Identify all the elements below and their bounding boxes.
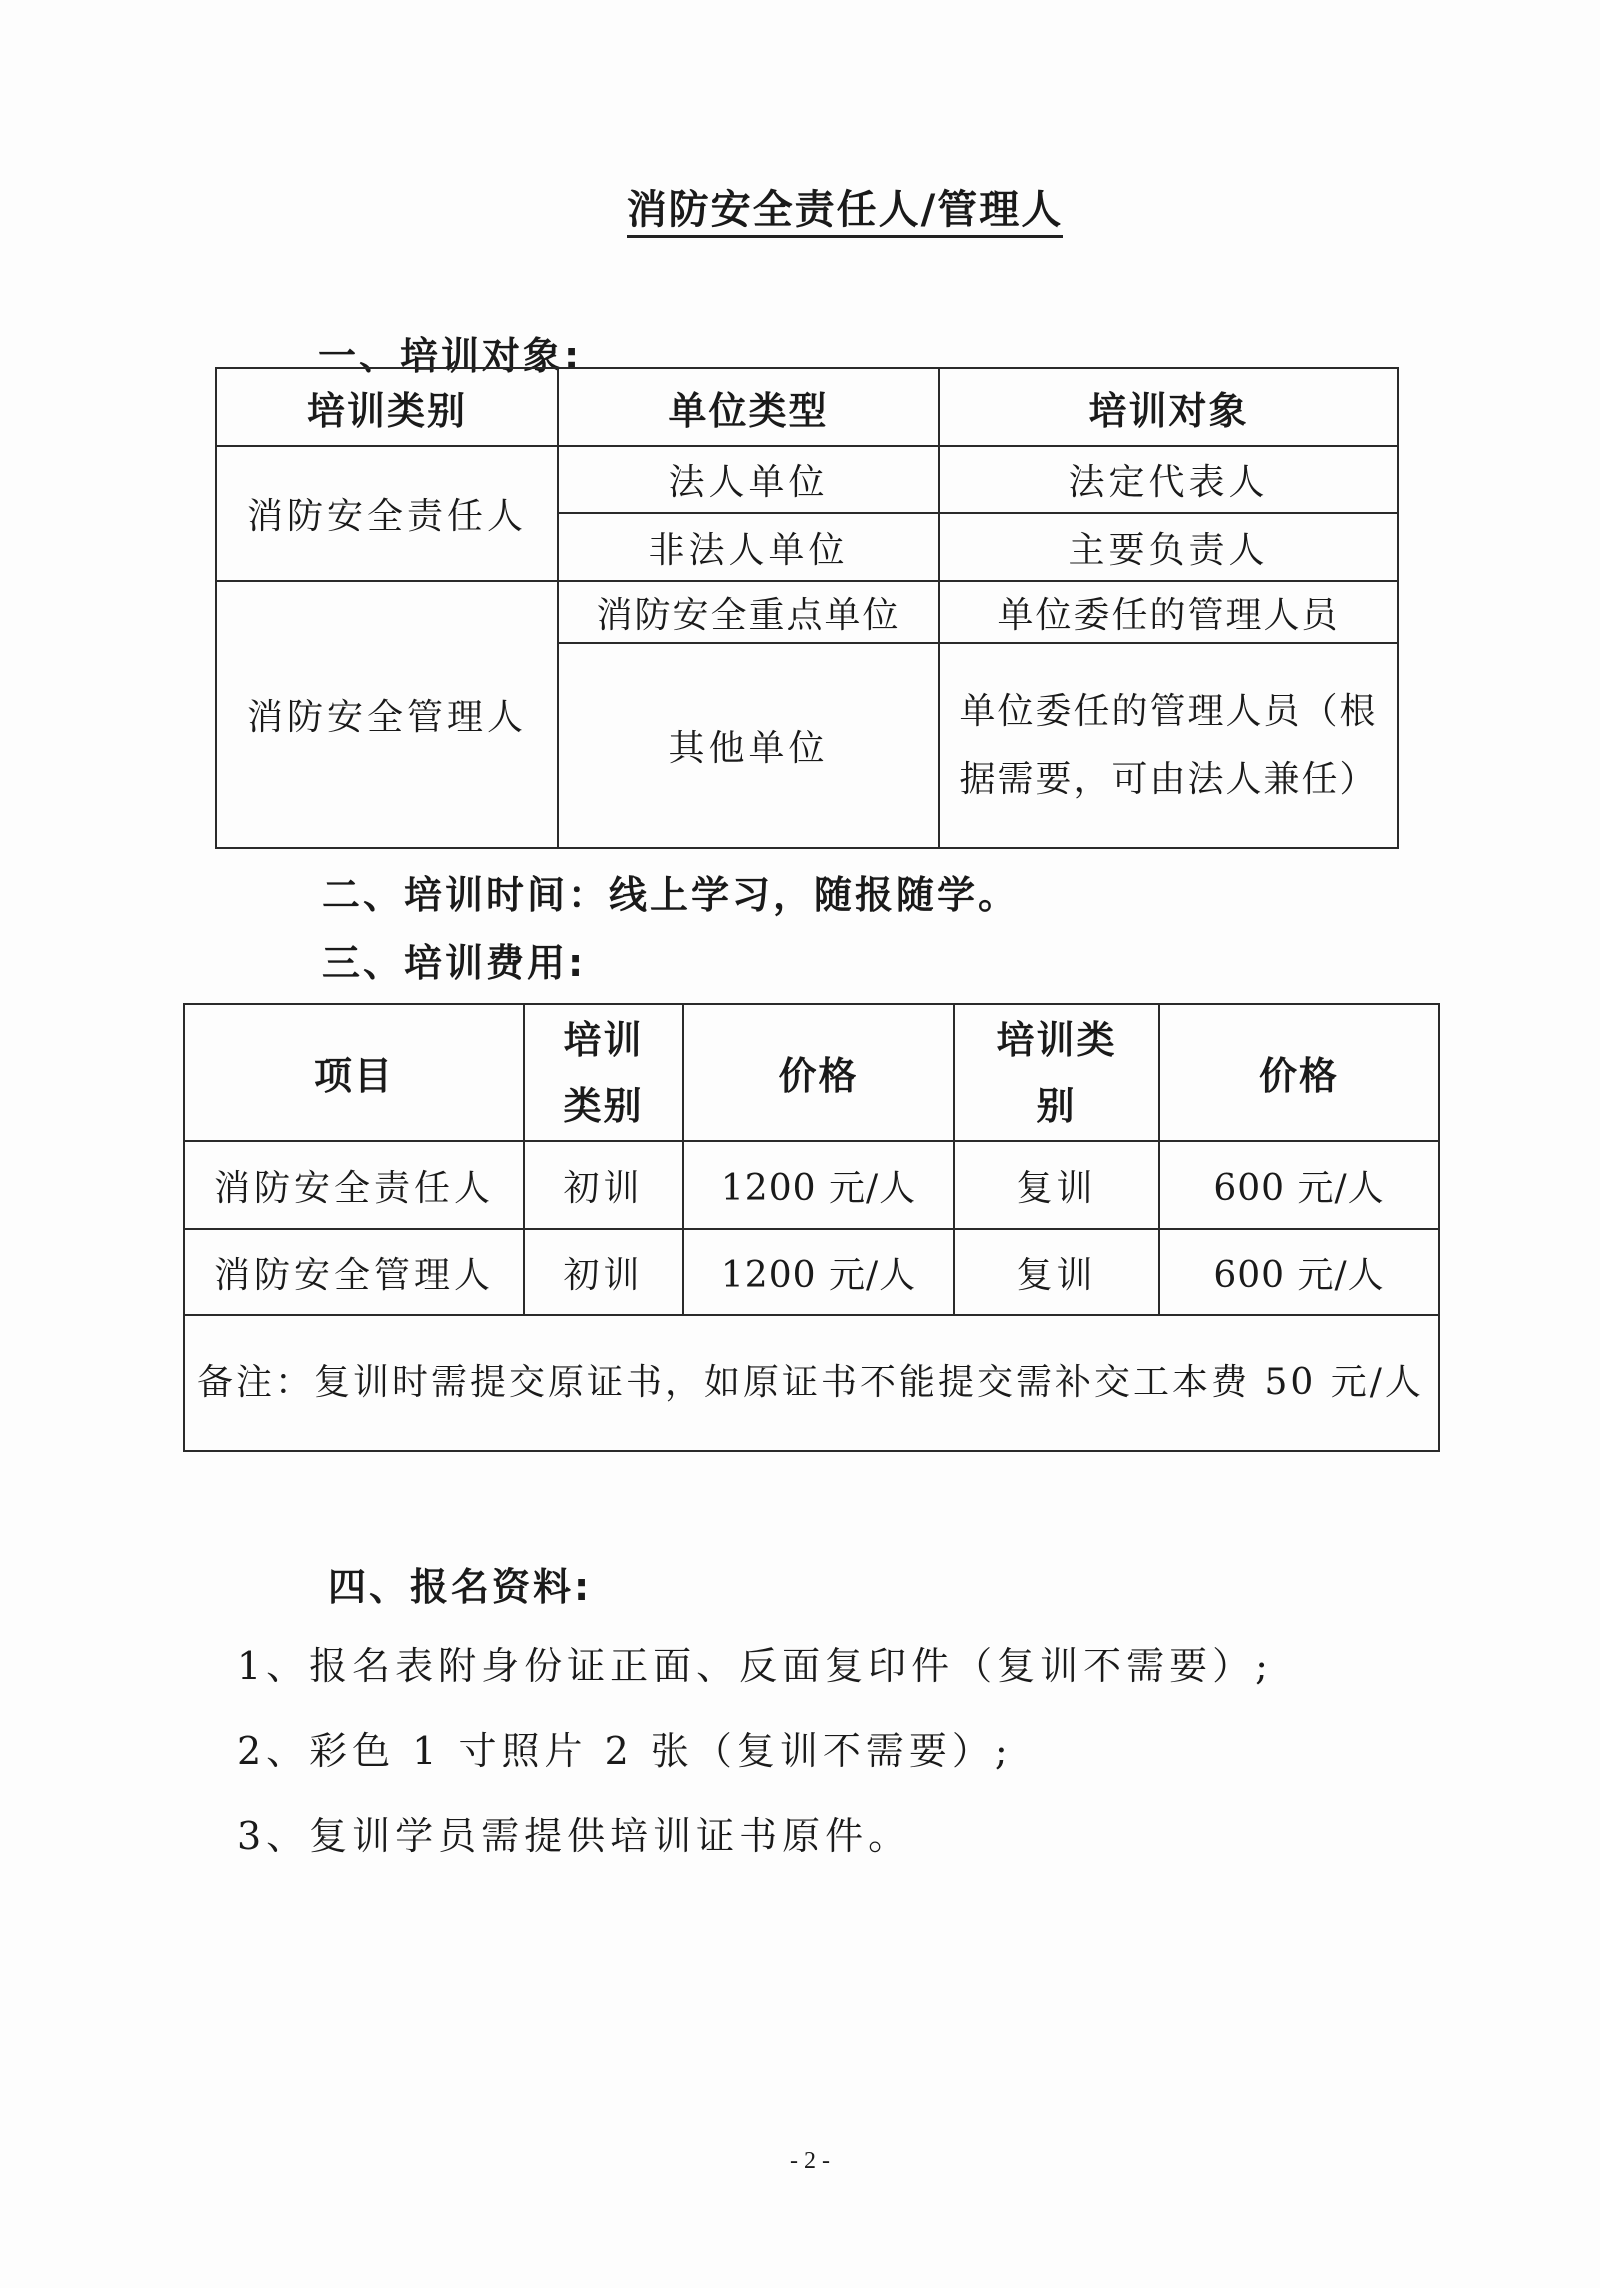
training-category-cell: 消防安全责任人	[216, 446, 558, 581]
table-note-row: 备注：复训时需提交原证书，如原证书不能提交需补交工本费 50 元/人	[184, 1315, 1439, 1451]
table-row: 消防安全责任人 法人单位 法定代表人	[216, 446, 1398, 513]
table-row: 消防安全管理人 消防安全重点单位 单位委任的管理人员	[216, 581, 1398, 643]
training-targets-table: 培训类别 单位类型 培训对象 消防安全责任人 法人单位 法定代表人 非法人单位 …	[215, 367, 1399, 849]
column-header-item: 项目	[184, 1004, 524, 1141]
category-cell: 复训	[954, 1229, 1159, 1315]
target-cell: 主要负责人	[939, 513, 1398, 581]
list-item: 3、复训学员需提供培训证书原件。	[237, 1805, 911, 1860]
training-fees-table: 项目 培训类别 价格 培训类别 价格 消防安全责任人 初训 1200 元/人 复…	[183, 1003, 1440, 1452]
unit-type-cell: 法人单位	[558, 446, 939, 513]
list-item: 1、报名表附身份证正面、反面复印件（复训不需要）;	[237, 1635, 1273, 1690]
section-heading-training-fees: 三、培训费用:	[322, 932, 586, 987]
price-cell: 600 元/人	[1159, 1141, 1439, 1229]
price-cell: 600 元/人	[1159, 1229, 1439, 1315]
column-header-category: 培训类别	[954, 1004, 1159, 1141]
item-cell: 消防安全管理人	[184, 1229, 524, 1315]
document-title-text: 消防安全责任人/管理人	[627, 187, 1064, 238]
price-cell: 1200 元/人	[683, 1141, 954, 1229]
unit-type-cell: 消防安全重点单位	[558, 581, 939, 643]
table-row: 消防安全管理人 初训 1200 元/人 复训 600 元/人	[184, 1229, 1439, 1315]
column-header: 培训类别	[216, 368, 558, 446]
unit-type-cell: 非法人单位	[558, 513, 939, 581]
column-header: 单位类型	[558, 368, 939, 446]
item-cell: 消防安全责任人	[184, 1141, 524, 1229]
page-number: - 2 -	[0, 2148, 1600, 2175]
table-row: 消防安全责任人 初训 1200 元/人 复训 600 元/人	[184, 1141, 1439, 1229]
target-cell: 单位委任的管理人员	[939, 581, 1398, 643]
section-heading-registration-materials: 四、报名资料:	[328, 1556, 592, 1611]
list-item: 2、彩色 1 寸照片 2 张（复训不需要）;	[237, 1720, 1013, 1775]
target-cell: 法定代表人	[939, 446, 1398, 513]
document-title: 消防安全责任人/管理人	[0, 178, 1600, 235]
column-header-price: 价格	[683, 1004, 954, 1141]
column-header-category: 培训类别	[524, 1004, 683, 1141]
unit-type-cell: 其他单位	[558, 643, 939, 848]
category-cell: 初训	[524, 1141, 683, 1229]
column-header: 培训对象	[939, 368, 1398, 446]
table-header-row: 项目 培训类别 价格 培训类别 价格	[184, 1004, 1439, 1141]
price-cell: 1200 元/人	[683, 1229, 954, 1315]
training-category-cell: 消防安全管理人	[216, 581, 558, 848]
fee-note: 备注：复训时需提交原证书，如原证书不能提交需补交工本费 50 元/人	[184, 1315, 1439, 1451]
category-cell: 初训	[524, 1229, 683, 1315]
table-header-row: 培训类别 单位类型 培训对象	[216, 368, 1398, 446]
section-heading-training-time: 二、培训时间：线上学习，随报随学。	[322, 864, 1019, 919]
target-cell: 单位委任的管理人员（根据需要，可由法人兼任）	[939, 643, 1398, 848]
column-header-price: 价格	[1159, 1004, 1439, 1141]
category-cell: 复训	[954, 1141, 1159, 1229]
